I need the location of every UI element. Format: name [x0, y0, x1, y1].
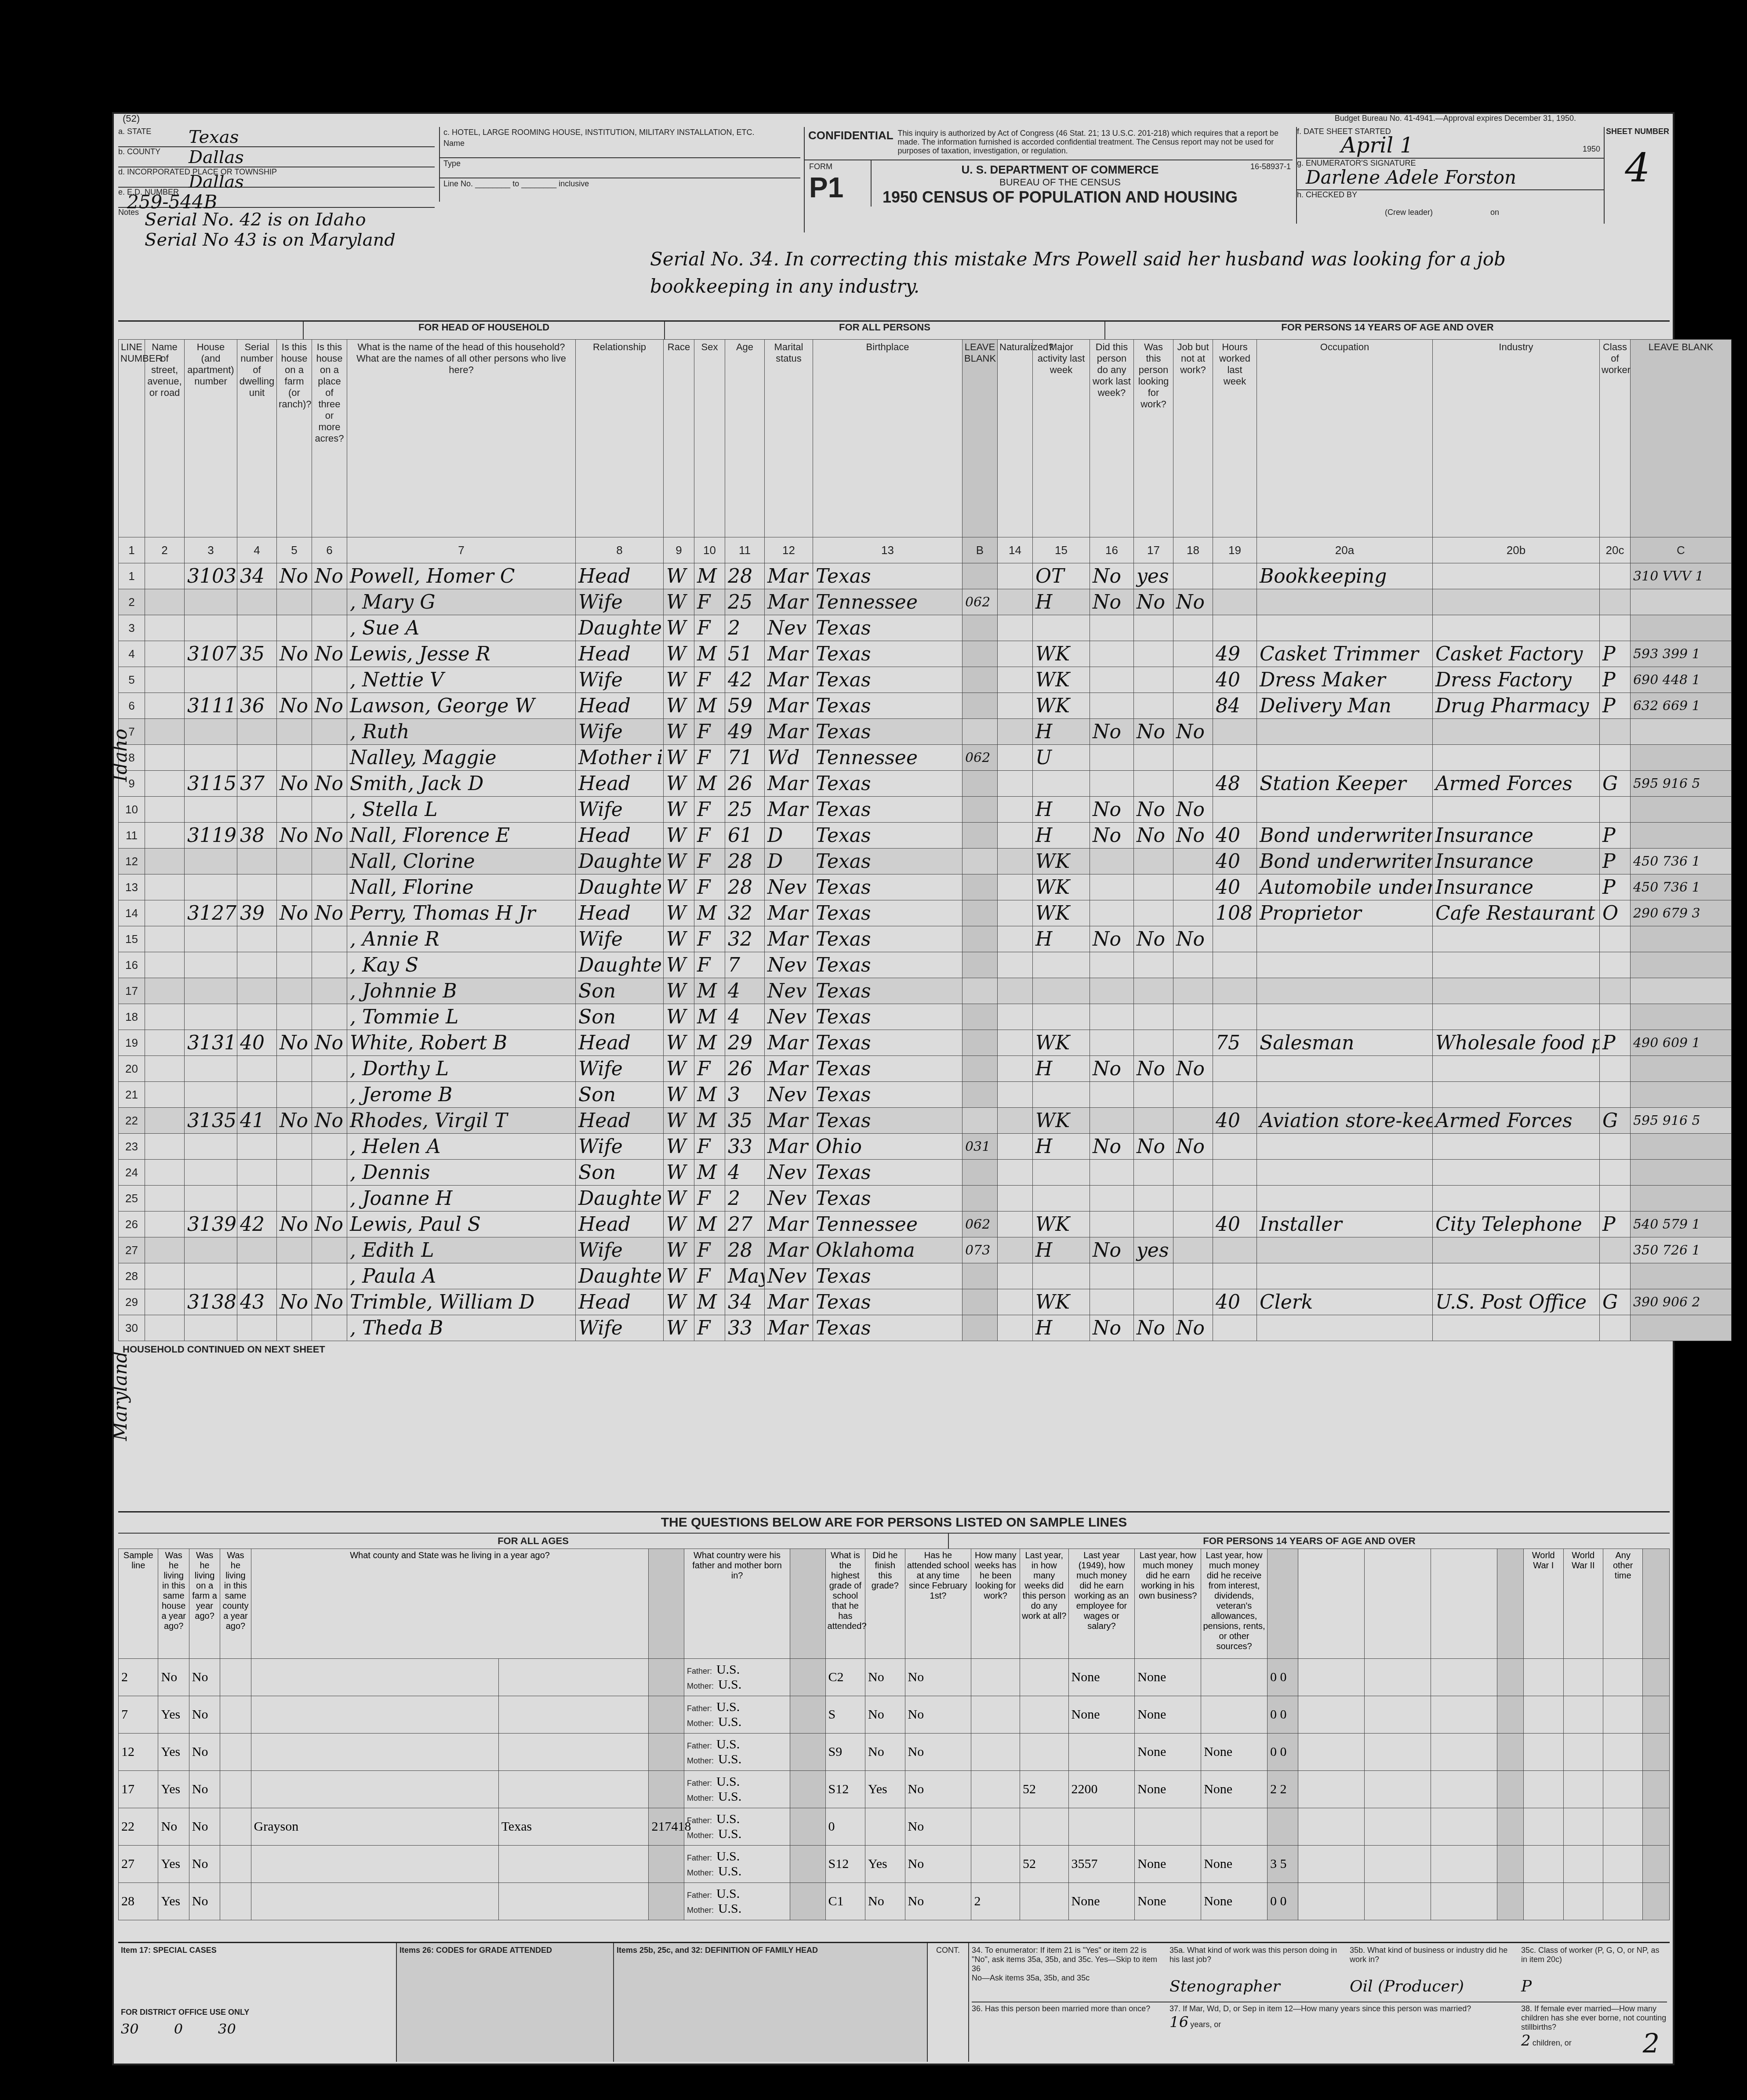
- cell-house: [185, 797, 237, 823]
- cell-ind: [1433, 1082, 1600, 1108]
- mother-label: Mother:: [687, 1719, 714, 1728]
- cell-race: W: [664, 1211, 694, 1237]
- cell-cls: [1600, 978, 1631, 1004]
- sample-cell-blank: [1365, 1846, 1431, 1883]
- cell-cls: [1600, 1134, 1631, 1160]
- cell-street: [145, 589, 185, 615]
- cell-farm: [277, 1082, 312, 1108]
- table-row: 22313541NoNoRhodes, Virgil THeadWM35MarT…: [119, 1108, 1732, 1134]
- cell-acres: [312, 1134, 347, 1160]
- sample-cell-d: 0 0: [1267, 1883, 1298, 1920]
- sample-cell-d: 3 5: [1267, 1846, 1298, 1883]
- cell-birth: Texas: [813, 771, 962, 797]
- cell-rel: Daughter: [576, 615, 664, 641]
- sample-cell-blank: [1563, 1771, 1603, 1808]
- note-left-1: Serial No. 42 is on Idaho: [145, 210, 366, 230]
- cell-b: 062: [962, 745, 998, 771]
- cell-ind: Insurance: [1433, 823, 1600, 849]
- cell-c: 490 609 1: [1631, 1030, 1732, 1056]
- cell-street: [145, 823, 185, 849]
- cell-hrs: [1213, 1160, 1257, 1186]
- sample-section-title: THE QUESTIONS BELOW ARE FOR PERSONS LIST…: [118, 1512, 1670, 1533]
- section-all-persons: FOR ALL PERSONS: [664, 322, 1104, 339]
- cell-birth: Texas: [813, 849, 962, 874]
- cell-acres: No: [312, 1030, 347, 1056]
- cell-sex: F: [694, 589, 725, 615]
- cell-nat: [998, 1056, 1033, 1082]
- cell-birth: Texas: [813, 1160, 962, 1186]
- cell-sex: M: [694, 1211, 725, 1237]
- cell-name: , Ruth: [347, 719, 576, 745]
- cell-house: 3115: [185, 771, 237, 797]
- cell-house: 3119: [185, 823, 237, 849]
- cell-cls: P: [1600, 641, 1631, 667]
- cell-work: No: [1090, 1315, 1134, 1341]
- cell-work: [1090, 1186, 1134, 1211]
- cell-work: [1090, 1030, 1134, 1056]
- cell-acres: [312, 874, 347, 900]
- institution-type-label: Type: [440, 158, 800, 178]
- cell-ind: Drug Pharmacy: [1433, 693, 1600, 719]
- sample-cell-other: None: [1201, 1771, 1268, 1808]
- cell-line: 25: [119, 1186, 145, 1211]
- sample-rows: 2NoNoFather:U.S.Mother:U.S.C2NoNoNoneNon…: [119, 1659, 1670, 1920]
- cell-ind: Insurance: [1433, 874, 1600, 900]
- cell-name: , Theda B: [347, 1315, 576, 1341]
- sample-cell-state: Texas: [498, 1808, 649, 1846]
- cell-cls: [1600, 952, 1631, 978]
- cell-occ: [1257, 978, 1433, 1004]
- cell-work: No: [1090, 563, 1134, 589]
- cell-sex: F: [694, 1056, 725, 1082]
- table-row: 7, RuthWifeWF49MarTexasHNoNoNo: [119, 719, 1732, 745]
- cell-rel: Wife: [576, 1134, 664, 1160]
- sample-header-28: Has he attended school at any time since…: [905, 1549, 971, 1659]
- sample-cell-own_bus: None: [1135, 1696, 1201, 1734]
- cell-rel: Son: [576, 1082, 664, 1108]
- sample-cell-blank: [1431, 1734, 1497, 1771]
- cell-work: No: [1090, 1056, 1134, 1082]
- cell-act: WK: [1033, 1030, 1090, 1056]
- cell-race: W: [664, 589, 694, 615]
- cell-b: [962, 797, 998, 823]
- cell-b: [962, 926, 998, 952]
- county-value: Dallas: [189, 147, 244, 167]
- cell-line: 29: [119, 1289, 145, 1315]
- cell-act: H: [1033, 719, 1090, 745]
- sample-cell-farm: No: [189, 1659, 220, 1696]
- father-label: Father:: [687, 1853, 712, 1862]
- cell-b: [962, 874, 998, 900]
- sample-cell-school: No: [905, 1659, 971, 1696]
- cell-house: 3127: [185, 900, 237, 926]
- cell-farm: No: [277, 900, 312, 926]
- cell-line: 27: [119, 1237, 145, 1263]
- cell-b: 073: [962, 1237, 998, 1263]
- cell-birth: Texas: [813, 1108, 962, 1134]
- cell-occ: Clerk: [1257, 1289, 1433, 1315]
- sample-cell-state: [498, 1696, 649, 1734]
- line-no-label: Line No.: [443, 179, 473, 188]
- cell-name: Rhodes, Virgil T: [347, 1108, 576, 1134]
- cell-house: [185, 719, 237, 745]
- cell-street: [145, 719, 185, 745]
- cell-house: [185, 615, 237, 641]
- cell-act: WK: [1033, 1211, 1090, 1237]
- section-14-and-over: FOR PERSONS 14 YEARS OF AGE AND OVER: [1104, 322, 1670, 339]
- cell-farm: No: [277, 693, 312, 719]
- cell-line: 23: [119, 1134, 145, 1160]
- cell-sex: F: [694, 1134, 725, 1160]
- cell-work: [1090, 693, 1134, 719]
- cell-occ: [1257, 1160, 1433, 1186]
- cell-name: Nall, Florence E: [347, 823, 576, 849]
- cell-occ: [1257, 952, 1433, 978]
- cell-serial: [237, 667, 277, 693]
- cell-c: [1631, 952, 1732, 978]
- cell-line: 12: [119, 849, 145, 874]
- cell-age: 25: [725, 589, 765, 615]
- cell-occ: Automobile underwriter: [1257, 874, 1433, 900]
- cell-job: [1173, 615, 1213, 641]
- sample-cell-school: No: [905, 1808, 971, 1846]
- cell-job: [1173, 900, 1213, 926]
- corner-mark: 2: [1643, 2028, 1660, 2059]
- cell-rel: Head: [576, 771, 664, 797]
- cell-line: 20: [119, 1056, 145, 1082]
- col-header-c: LEAVE BLANK: [1631, 340, 1732, 537]
- cell-rel: Wife: [576, 1056, 664, 1082]
- cell-race: W: [664, 771, 694, 797]
- cell-serial: 38: [237, 823, 277, 849]
- col-num-8: 8: [576, 537, 664, 563]
- cell-age: 3: [725, 1082, 765, 1108]
- cell-serial: [237, 1056, 277, 1082]
- sample-cell-father: Father:U.S.Mother:U.S.: [684, 1808, 790, 1846]
- cell-house: [185, 1186, 237, 1211]
- cell-farm: No: [277, 823, 312, 849]
- cell-birth: Texas: [813, 797, 962, 823]
- cell-b: [962, 900, 998, 926]
- col-header-14: Naturalized?: [998, 340, 1033, 537]
- cell-hrs: [1213, 797, 1257, 823]
- table-row: 30, Theda BWifeWF33MarTexasHNoNoNo: [119, 1315, 1732, 1341]
- sample-cell-same_house: Yes: [158, 1771, 189, 1808]
- table-row: 9311537NoNoSmith, Jack DHeadWM26MarTexas…: [119, 771, 1732, 797]
- cell-b: [962, 1263, 998, 1289]
- cell-mar: Nev: [765, 1004, 813, 1030]
- sample-cell-own_bus: None: [1135, 1883, 1201, 1920]
- father-value: U.S.: [716, 1886, 740, 1901]
- cell-hrs: 40: [1213, 1289, 1257, 1315]
- cell-c: 450 736 1: [1631, 874, 1732, 900]
- cell-cls: P: [1600, 849, 1631, 874]
- cell-c: [1631, 615, 1732, 641]
- cell-mar: Mar: [765, 1056, 813, 1082]
- col-header-19: Hours worked last week: [1213, 340, 1257, 537]
- q35c-value: P: [1521, 1977, 1667, 1995]
- father-value: U.S.: [716, 1737, 740, 1752]
- table-row: 14312739NoNoPerry, Thomas H JrHeadWM32Ma…: [119, 900, 1732, 926]
- sample-cell-finish: No: [865, 1883, 905, 1920]
- cell-rel: Son: [576, 1160, 664, 1186]
- sample-cell-d: 2 2: [1267, 1771, 1298, 1808]
- cell-name: Powell, Homer C: [347, 563, 576, 589]
- cell-acres: No: [312, 1211, 347, 1237]
- table-row: 28, Paula ADaughterWFMayNevTexas: [119, 1263, 1732, 1289]
- cell-b: 031: [962, 1134, 998, 1160]
- cell-job: [1173, 1030, 1213, 1056]
- sample-cell-county: Grayson: [251, 1808, 498, 1846]
- cell-act: H: [1033, 1315, 1090, 1341]
- cell-race: W: [664, 1186, 694, 1211]
- sample-cell-blank: [1563, 1696, 1603, 1734]
- sample-header-23: Was he living in this same county a year…: [220, 1549, 251, 1659]
- cell-ind: Insurance: [1433, 849, 1600, 874]
- cell-rel: Head: [576, 693, 664, 719]
- cell-work: [1090, 1263, 1134, 1289]
- father-label: Father:: [687, 1779, 712, 1788]
- col-header-16: Did this person do any work last week?: [1090, 340, 1134, 537]
- cell-name: , Paula A: [347, 1263, 576, 1289]
- cell-name: , Dennis: [347, 1160, 576, 1186]
- sample-cell-weeks_worked: [1020, 1734, 1068, 1771]
- cell-age: 28: [725, 849, 765, 874]
- cell-rel: Wife: [576, 926, 664, 952]
- cell-ind: [1433, 952, 1600, 978]
- cell-act: H: [1033, 797, 1090, 823]
- cell-house: [185, 978, 237, 1004]
- sample-cell-blank: [1431, 1846, 1497, 1883]
- col-num-16: 16: [1090, 537, 1134, 563]
- cell-age: 7: [725, 952, 765, 978]
- cell-nat: [998, 1030, 1033, 1056]
- sample-cell-father: Father:U.S.Mother:U.S.: [684, 1696, 790, 1734]
- cell-house: 3138: [185, 1289, 237, 1315]
- cell-job: [1173, 1289, 1213, 1315]
- cell-work: [1090, 1289, 1134, 1315]
- sample-cell-own_bus: None: [1135, 1734, 1201, 1771]
- cell-look: No: [1134, 823, 1173, 849]
- sample-header-33a: World War I: [1524, 1549, 1563, 1659]
- cell-serial: [237, 745, 277, 771]
- confidential-label: CONFIDENTIAL: [808, 129, 893, 155]
- cell-race: W: [664, 926, 694, 952]
- cell-job: [1173, 1186, 1213, 1211]
- cell-race: W: [664, 667, 694, 693]
- cell-act: WK: [1033, 641, 1090, 667]
- cell-name: , Jerome B: [347, 1082, 576, 1108]
- cell-act: OT: [1033, 563, 1090, 589]
- cell-nat: [998, 693, 1033, 719]
- sample-cell-blank: [1563, 1808, 1603, 1846]
- sample-cell-blank: [220, 1696, 251, 1734]
- table-row: 12Nall, ClorineDaughterWF28DTexasWK40Bon…: [119, 849, 1732, 874]
- cell-birth: Texas: [813, 1004, 962, 1030]
- cell-street: [145, 1289, 185, 1315]
- cell-mar: Nev: [765, 952, 813, 978]
- cell-look: [1134, 667, 1173, 693]
- cell-acres: [312, 1160, 347, 1186]
- cell-rel: Head: [576, 823, 664, 849]
- cell-hrs: 75: [1213, 1030, 1257, 1056]
- sample-cell-finish: No: [865, 1659, 905, 1696]
- cell-farm: [277, 745, 312, 771]
- cell-ind: Dress Factory: [1433, 667, 1600, 693]
- cell-cls: P: [1600, 1211, 1631, 1237]
- cell-sex: F: [694, 745, 725, 771]
- sample-header-22: Was he living on a farm a year ago?: [189, 1549, 220, 1659]
- year-suffix: 1950: [1583, 145, 1600, 154]
- sample-header-31c: Last year, how much money did he receive…: [1201, 1549, 1268, 1659]
- cell-hrs: [1213, 1237, 1257, 1263]
- cell-nat: [998, 874, 1033, 900]
- cell-house: [185, 1004, 237, 1030]
- cell-occ: Proprietor: [1257, 900, 1433, 926]
- cell-serial: [237, 1004, 277, 1030]
- sample-cell-state: [498, 1883, 649, 1920]
- cell-serial: [237, 1134, 277, 1160]
- cell-age: 27: [725, 1211, 765, 1237]
- sample-cell-blank: [790, 1883, 825, 1920]
- cell-sex: F: [694, 952, 725, 978]
- cell-acres: [312, 849, 347, 874]
- cell-work: [1090, 978, 1134, 1004]
- cell-job: [1173, 563, 1213, 589]
- q38-label: 38. If female ever married—How many chil…: [1521, 2004, 1667, 2032]
- sample-cell-blank: [1563, 1883, 1603, 1920]
- cell-cls: G: [1600, 1289, 1631, 1315]
- grade-codes-title: Items 26: CODES for GRADE ATTENDED: [400, 1946, 610, 1955]
- cell-farm: [277, 1134, 312, 1160]
- sample-cell-grade: S9: [825, 1734, 865, 1771]
- cell-name: Lewis, Jesse R: [347, 641, 576, 667]
- father-label: Father:: [687, 1741, 712, 1750]
- cell-look: [1134, 1160, 1173, 1186]
- cell-farm: [277, 1160, 312, 1186]
- cell-job: No: [1173, 797, 1213, 823]
- title-block: CONFIDENTIAL This inquiry is authorized …: [804, 127, 1293, 232]
- sample-cell-father: Father:U.S.Mother:U.S.: [684, 1659, 790, 1696]
- sample-cell-weeks_looking: [971, 1846, 1020, 1883]
- cell-age: 33: [725, 1315, 765, 1341]
- cell-name: Nall, Clorine: [347, 849, 576, 874]
- cell-street: [145, 900, 185, 926]
- table-row: 16, Kay SDaughterWF7NevTexas: [119, 952, 1732, 978]
- table-row: 8Nalley, MaggieMother in LawWF71WdTennes…: [119, 745, 1732, 771]
- census-sheet: (52) Budget Bureau No. 41-4941.—Approval…: [112, 112, 1674, 2065]
- cell-nat: [998, 900, 1033, 926]
- cell-hrs: 48: [1213, 771, 1257, 797]
- sample-cell-state: [498, 1734, 649, 1771]
- cell-nat: [998, 641, 1033, 667]
- cell-occ: [1257, 1082, 1433, 1108]
- sample-cell-blank: [1643, 1734, 1670, 1771]
- sample-header-33b: World War II: [1563, 1549, 1603, 1659]
- cell-acres: No: [312, 1108, 347, 1134]
- cell-occ: Installer: [1257, 1211, 1433, 1237]
- sample-header-32a: [1298, 1549, 1365, 1659]
- sample-row: 2NoNoFather:U.S.Mother:U.S.C2NoNoNoneNon…: [119, 1659, 1670, 1696]
- sample-cell-blank: [1603, 1808, 1643, 1846]
- cell-mar: Nev: [765, 1160, 813, 1186]
- cell-mar: Wd: [765, 745, 813, 771]
- cell-look: [1134, 952, 1173, 978]
- sample-cell-farm: No: [189, 1771, 220, 1808]
- cell-occ: [1257, 1263, 1433, 1289]
- cell-nat: [998, 1315, 1033, 1341]
- cell-ind: [1433, 1056, 1600, 1082]
- sample-cell-county: [251, 1846, 498, 1883]
- cell-race: W: [664, 719, 694, 745]
- sample-row: 22NoNoGraysonTexas217418Father:U.S.Mothe…: [119, 1808, 1670, 1846]
- cell-rel: Wife: [576, 667, 664, 693]
- col-num-9: 9: [664, 537, 694, 563]
- sample-cell-blank: [1524, 1846, 1563, 1883]
- sample-cell-farm: No: [189, 1808, 220, 1846]
- cell-age: 61: [725, 823, 765, 849]
- sample-cell-grade: 0: [825, 1808, 865, 1846]
- sample-cell-own_bus: [1135, 1808, 1201, 1846]
- cell-hrs: [1213, 1315, 1257, 1341]
- cell-sex: M: [694, 1160, 725, 1186]
- cell-farm: No: [277, 1030, 312, 1056]
- cell-occ: Delivery Man: [1257, 693, 1433, 719]
- cell-act: [1033, 615, 1090, 641]
- father-label: Father:: [687, 1704, 712, 1713]
- cell-ind: [1433, 1237, 1600, 1263]
- cell-act: [1033, 1082, 1090, 1108]
- sample-cell-blank: [1431, 1883, 1497, 1920]
- cell-job: [1173, 745, 1213, 771]
- sample-cell-blank: [1563, 1659, 1603, 1696]
- cell-name: , Joanne H: [347, 1186, 576, 1211]
- cell-occ: Bond underwriter: [1257, 823, 1433, 849]
- cell-cls: [1600, 1263, 1631, 1289]
- cell-act: [1033, 952, 1090, 978]
- table-row: 25, Joanne HDaughterWF2NevTexas: [119, 1186, 1732, 1211]
- cell-act: [1033, 978, 1090, 1004]
- cell-street: [145, 563, 185, 589]
- cell-race: W: [664, 693, 694, 719]
- sample-cell-wages: 3557: [1068, 1846, 1135, 1883]
- mother-label: Mother:: [687, 1756, 714, 1765]
- cell-nat: [998, 719, 1033, 745]
- sample-cell-own_bus: None: [1135, 1846, 1201, 1883]
- cell-acres: No: [312, 641, 347, 667]
- cell-mar: Mar: [765, 1108, 813, 1134]
- cell-b: [962, 849, 998, 874]
- sample-cell-state: [498, 1659, 649, 1696]
- cell-c: [1631, 1004, 1732, 1030]
- cell-farm: No: [277, 1289, 312, 1315]
- cell-mar: Mar: [765, 589, 813, 615]
- cell-mar: Mar: [765, 1237, 813, 1263]
- cell-nat: [998, 1237, 1033, 1263]
- cell-acres: [312, 667, 347, 693]
- years-label: years, or: [1190, 2020, 1221, 2029]
- cell-nat: [998, 823, 1033, 849]
- cell-b: [962, 1108, 998, 1134]
- cell-cls: [1600, 1315, 1631, 1341]
- cell-job: [1173, 1082, 1213, 1108]
- cell-look: [1134, 900, 1173, 926]
- sample-row: 27YesNoFather:U.S.Mother:U.S.S12YesNo523…: [119, 1846, 1670, 1883]
- cell-occ: Station Keeper: [1257, 771, 1433, 797]
- cell-farm: [277, 849, 312, 874]
- cell-b: [962, 1315, 998, 1341]
- father-value: U.S.: [716, 1812, 740, 1826]
